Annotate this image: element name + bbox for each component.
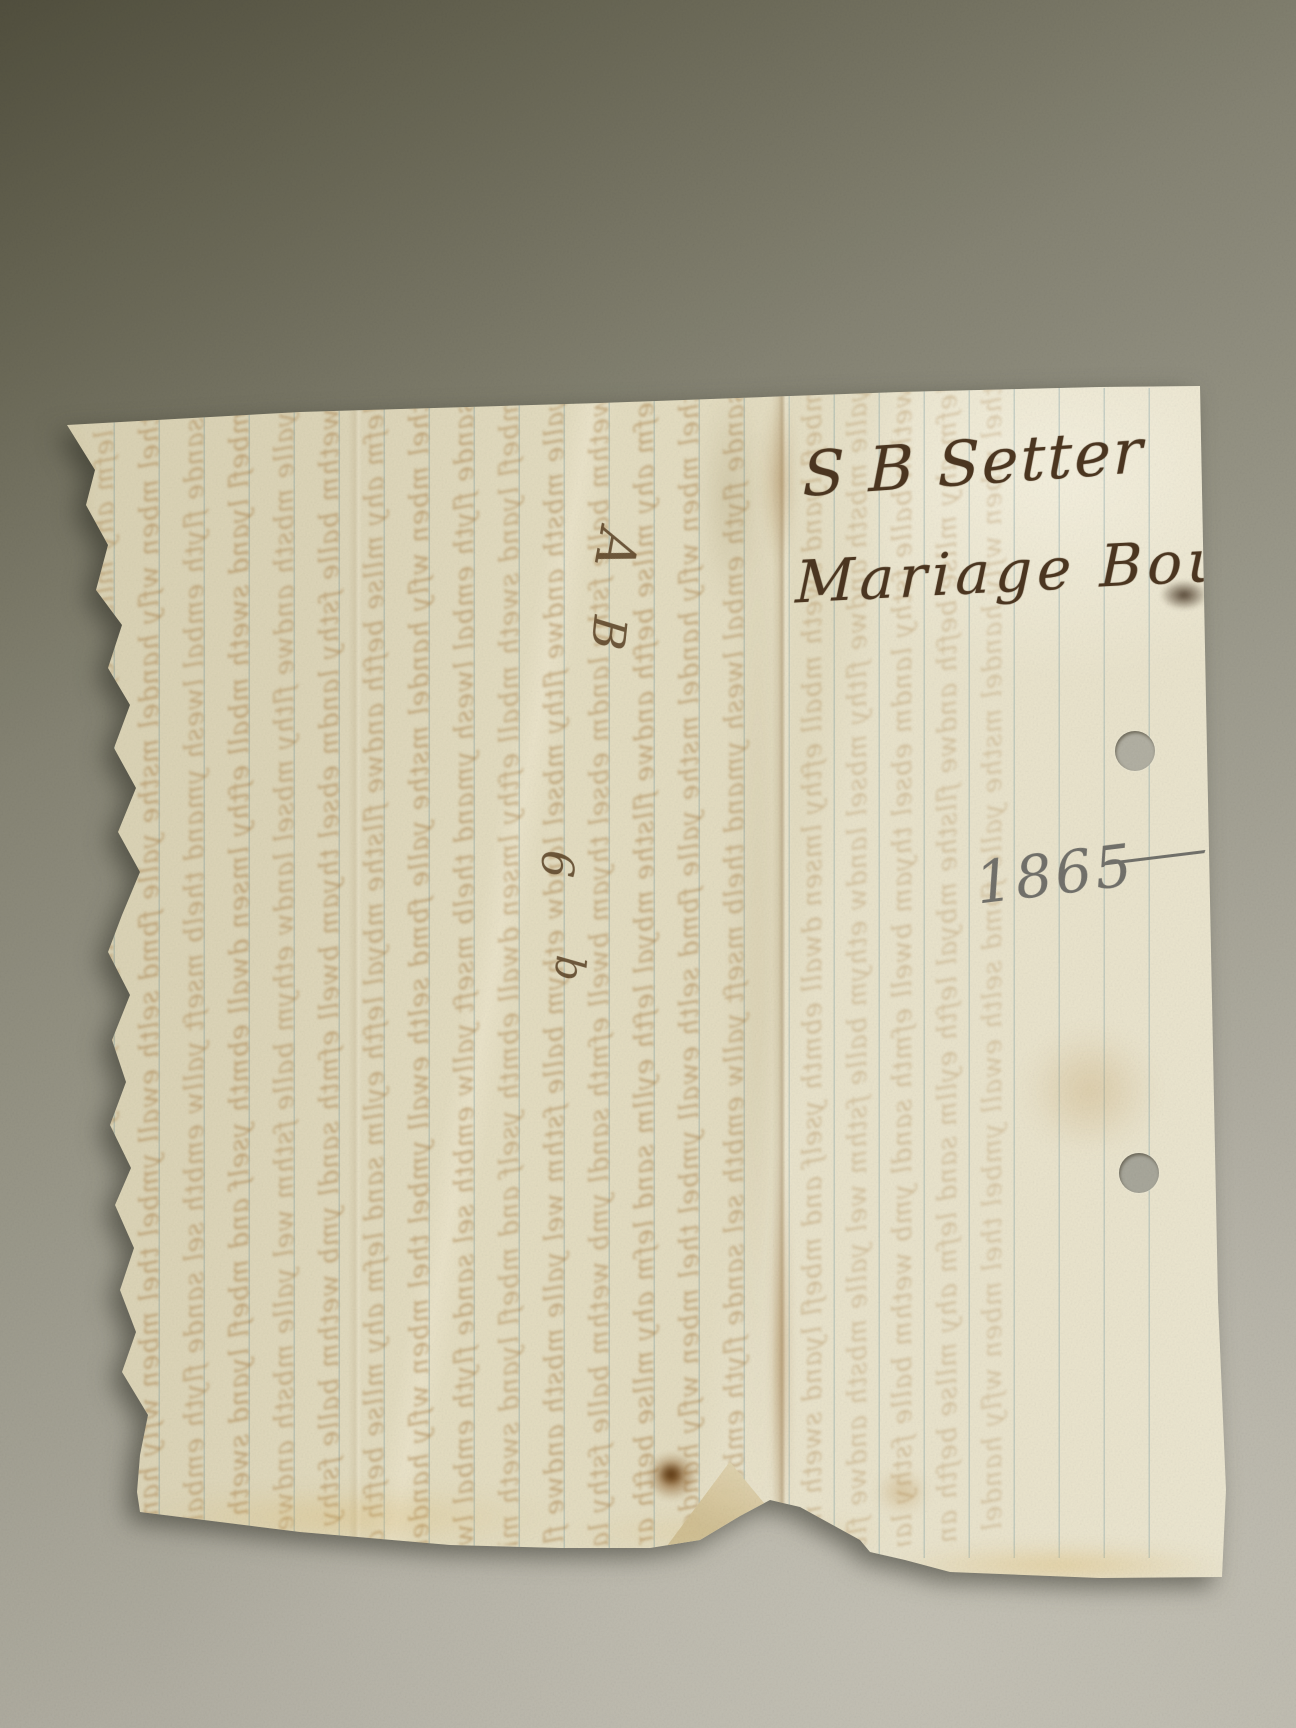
side-ink-mark: B	[584, 614, 633, 652]
punch-hole	[1119, 1153, 1159, 1193]
pencil-dash: —	[1096, 823, 1218, 883]
fold-crease-main	[772, 388, 792, 1560]
paper-shadow-wrap: lefm ahy mllse befth andwe fllsthe mbyal…	[0, 0, 1296, 1728]
photo-of-document: lefm ahy mllse befth andwe fllsthe mbyal…	[0, 0, 1296, 1728]
punch-hole	[1115, 731, 1155, 771]
side-ink-mark: b	[548, 954, 590, 983]
small-orange-dot	[280, 400, 296, 414]
fold-crease-left	[348, 395, 362, 1545]
side-ink-mark: 6	[534, 849, 579, 879]
document-paper: lefm ahy mllse befth andwe fllsthe mbyal…	[0, 0, 1296, 1728]
